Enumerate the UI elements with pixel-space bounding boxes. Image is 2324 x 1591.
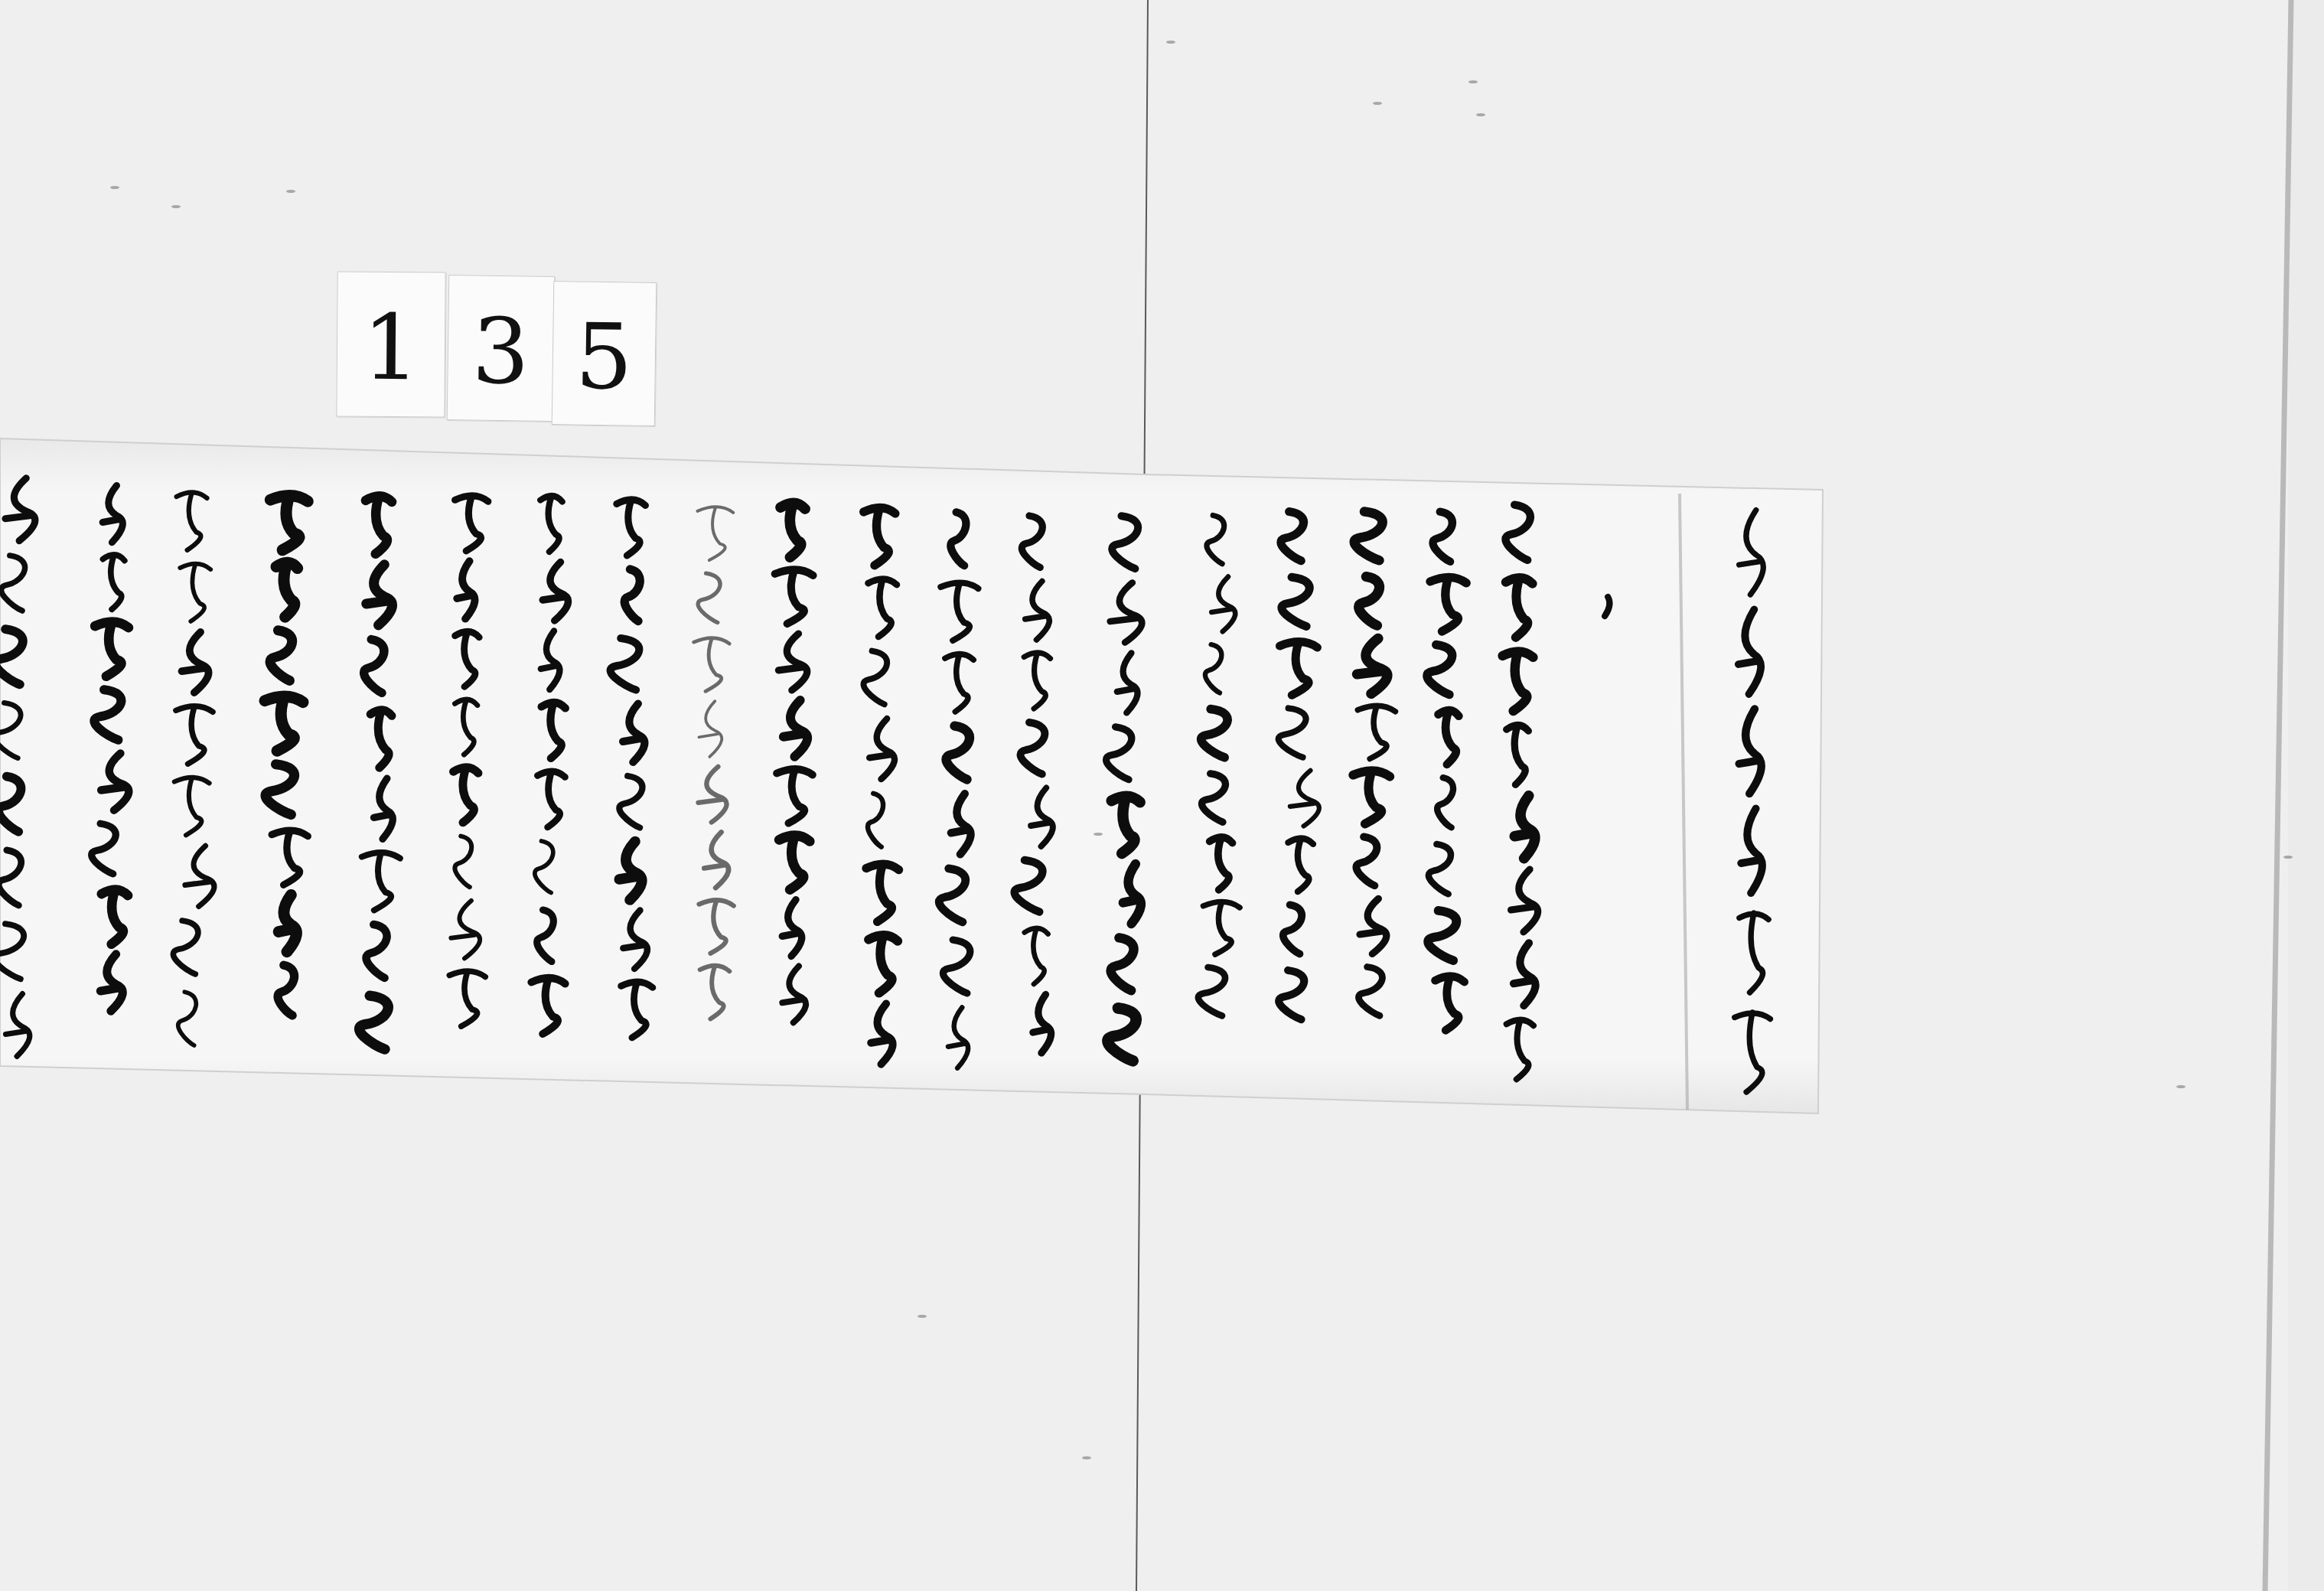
dust-speck — [2283, 856, 2293, 859]
right-margin-shade — [2288, 0, 2324, 1591]
dust-speck — [286, 190, 295, 193]
dust-speck — [171, 205, 181, 208]
label-digit: 3 — [471, 305, 530, 396]
dust-speck — [1082, 1456, 1091, 1459]
dust-speck — [918, 1315, 927, 1318]
dust-speck — [1476, 113, 1485, 116]
dust-speck — [2176, 1085, 2185, 1088]
label-digit: 5 — [575, 311, 634, 402]
paper-strip — [0, 439, 1823, 1113]
document-scan — [0, 0, 2324, 1591]
dust-speck — [1094, 833, 1103, 836]
dust-speck — [1468, 80, 1478, 83]
label-digit: 1 — [362, 302, 420, 393]
dust-speck — [110, 186, 119, 189]
label-card-digit: 5 — [552, 281, 657, 426]
dust-speck — [1373, 102, 1382, 105]
label-card-digit: 3 — [447, 275, 556, 422]
label-card-digit: 1 — [336, 272, 445, 418]
dust-speck — [1166, 41, 1175, 44]
